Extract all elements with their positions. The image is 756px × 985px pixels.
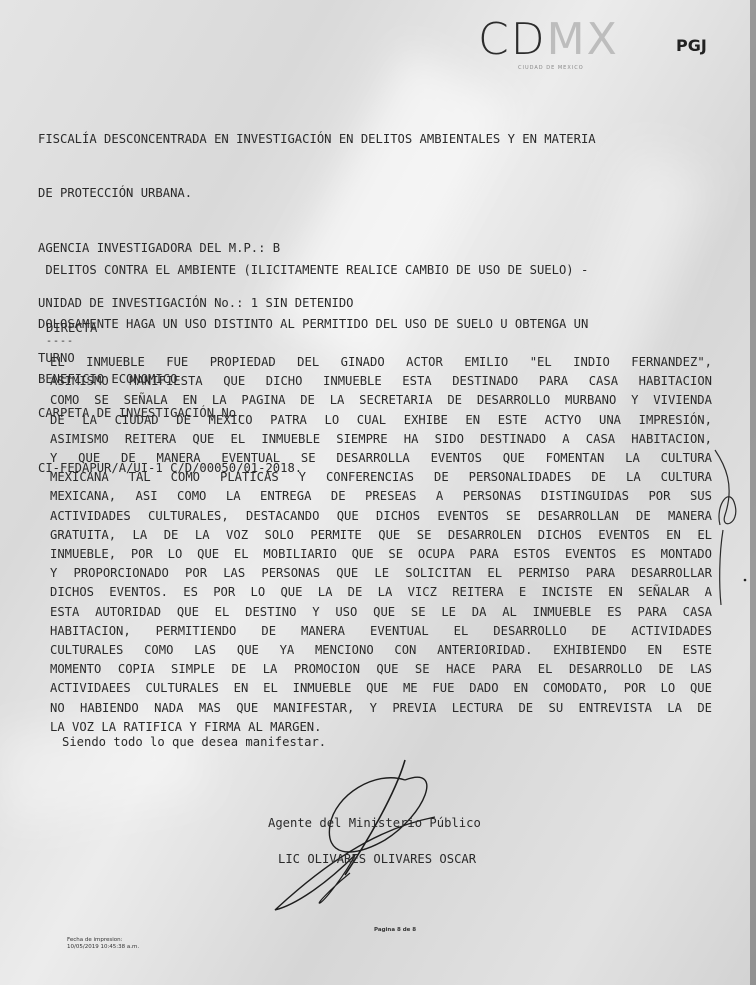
statement-line: ACTIVIDAEES CULTURALES EN EL INMUEBLE QU… [50,679,712,698]
section-rule: ---- [46,336,74,347]
statement-line: Y QUE DE MANERA EVENTUAL SE DESARROLLA E… [50,449,712,468]
print-date: Fecha de impresion: 10/05/2019 10:45:38 … [67,937,139,951]
statement-line: GRATUITA, LA DE LA VOZ SOLO PERMITE QUE … [50,526,712,545]
section-title: DIRECTA [46,320,97,337]
statement-line: Y PROPORCIONADO POR LAS PERSONAS QUE LE … [50,564,712,583]
signature-icon [255,755,455,915]
cdmx-logo: CD MX [478,18,619,62]
crime-line: DELITOS CONTRA EL AMBIENTE (ILICITAMENTE… [38,261,588,279]
page-edge-shadow [750,0,756,985]
agency-badge: PGJ [676,36,707,55]
logo-primary: CD [478,18,547,62]
heading-line: DE PROTECCIÓN URBANA. [38,184,596,202]
statement-line: MEXICANA TAL COMO PLATICAS Y CONFERENCIA… [50,468,712,487]
print-date-value: 10/05/2019 10:45:38 a.m. [67,944,139,951]
statement-line: HABITACION, PERMITIENDO DE MANERA EVENTU… [50,622,712,641]
statement-line: INMUEBLE, POR LO QUE EL MOBILIARIO QUE S… [50,545,712,564]
statement-line: NO HABIENDO NADA MAS QUE MANIFESTAR, Y P… [50,699,712,718]
statement-line: CULTURALES COMO LAS QUE YA MENCIONO CON … [50,641,712,660]
statement-line: MOMENTO COPIA SIMPLE DE LA PROMOCION QUE… [50,660,712,679]
closing-statement: Siendo todo lo que desea manifestar. [62,735,326,749]
signer-title: Agente del Ministerio Público [268,816,481,830]
page-indicator: Pagina 8 de 8 [374,927,416,933]
statement-line: EL INMUEBLE FUE PROPIEDAD DEL GINADO ACT… [50,353,712,372]
print-date-label: Fecha de impresion: [67,937,139,944]
statement-line: DICHOS EVENTOS. ES POR LO QUE LA DE LA V… [50,583,712,602]
statement-line: ESTA AUTORIDAD QUE EL DESTINO Y USO QUE … [50,603,712,622]
heading-line: FISCALÍA DESCONCENTRADA EN INVESTIGACIÓN… [38,130,596,148]
statement-line: DE LA CIUDAD DE MEXICO PATRA LO CUAL EXH… [50,411,712,430]
logo-subtitle: CIUDAD DE MEXICO [518,65,584,71]
statement-line: ASIMISMO MANIFIESTA QUE DICHO INMUEBLE E… [50,372,712,391]
logo-secondary: MX [547,18,619,62]
statement-line: COMO SE SEÑALA EN LA PAGINA DE LA SECRET… [50,391,712,410]
statement-line: ASIMISMO REITERA QUE EL INMUEBLE SIEMPRE… [50,430,712,449]
crime-line: DOLOSAMENTE HAGA UN USO DISTINTO AL PERM… [38,315,588,333]
margin-signature-icon [705,445,750,615]
signer-name: LIC OLIVARES OLIVARES OSCAR [278,852,476,866]
statement-line: MEXICANA, ASI COMO LA ENTREGA DE PRESEAS… [50,487,712,506]
statement-line: ACTIVIDADES CULTURALES, DESTACANDO QUE D… [50,507,712,526]
statement-body: EL INMUEBLE FUE PROPIEDAD DEL GINADO ACT… [50,353,712,737]
